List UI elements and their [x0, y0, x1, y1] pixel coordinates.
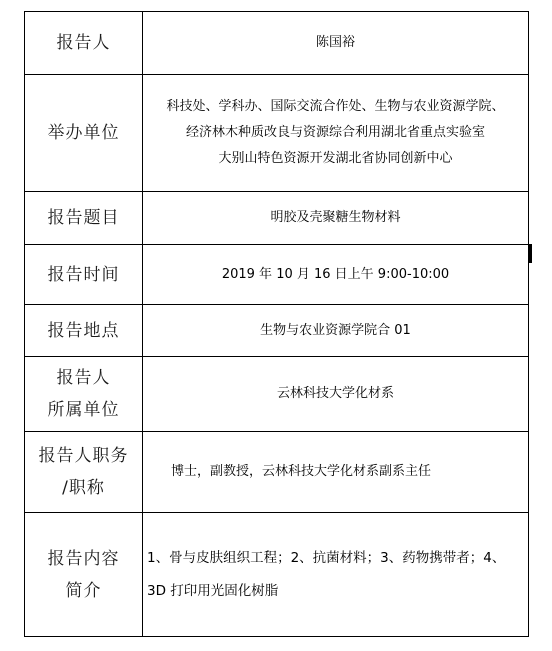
label-organizers: 举办单位: [25, 75, 143, 192]
value-time: 2019 年 10 月 16 日上午 9:00-10:00: [143, 245, 529, 305]
text-cursor-marker: [529, 244, 532, 263]
value-speaker: 陈国裕: [143, 12, 529, 75]
label-time: 报告时间: [25, 245, 143, 305]
label-location: 报告地点: [25, 305, 143, 357]
row-title: 报告题目 明胶及壳聚糖生物材料: [25, 192, 529, 245]
row-summary: 报告内容 简介 1、骨与皮肤组织工程；2、抗菌材料；3、药物携带者；4、 3D …: [25, 513, 529, 637]
row-affiliation: 报告人 所属单位 云林科技大学化材系: [25, 357, 529, 432]
value-location: 生物与农业资源学院合 01: [143, 305, 529, 357]
label-speaker: 报告人: [25, 12, 143, 75]
value-position: 博士，副教授，云林科技大学化材系副系主任: [143, 432, 529, 513]
row-location: 报告地点 生物与农业资源学院合 01: [25, 305, 529, 357]
value-organizers: 科技处、学科办、国际交流合作处、生物与农业资源学院、 经济林木种质改良与资源综合…: [143, 75, 529, 192]
value-affiliation: 云林科技大学化材系: [143, 357, 529, 432]
row-speaker: 报告人 陈国裕: [25, 12, 529, 75]
value-summary: 1、骨与皮肤组织工程；2、抗菌材料；3、药物携带者；4、 3D 打印用光固化树脂: [143, 513, 529, 637]
report-info-table: 报告人 陈国裕 举办单位 科技处、学科办、国际交流合作处、生物与农业资源学院、 …: [24, 11, 529, 637]
label-title: 报告题目: [25, 192, 143, 245]
row-organizers: 举办单位 科技处、学科办、国际交流合作处、生物与农业资源学院、 经济林木种质改良…: [25, 75, 529, 192]
row-time: 报告时间 2019 年 10 月 16 日上午 9:00-10:00: [25, 245, 529, 305]
row-position: 报告人职务 /职称 博士，副教授，云林科技大学化材系副系主任: [25, 432, 529, 513]
label-summary: 报告内容 简介: [25, 513, 143, 637]
value-title: 明胶及壳聚糖生物材料: [143, 192, 529, 245]
label-position: 报告人职务 /职称: [25, 432, 143, 513]
label-affiliation: 报告人 所属单位: [25, 357, 143, 432]
